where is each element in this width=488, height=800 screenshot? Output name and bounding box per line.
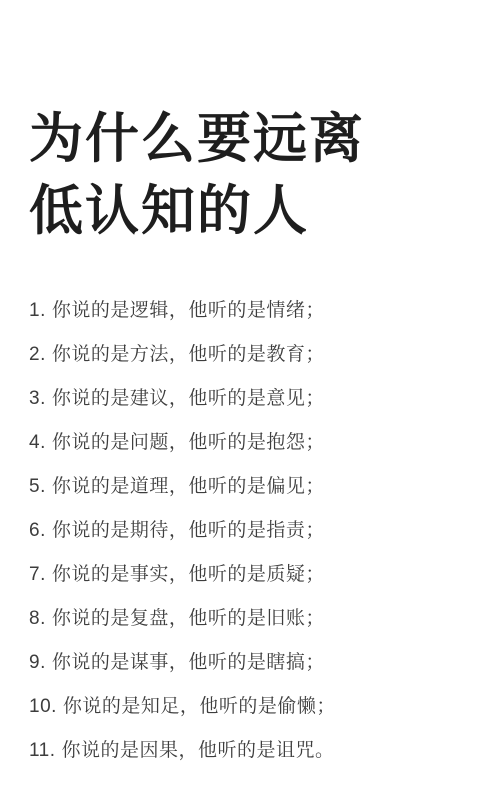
list-item-text: 你说的是知足，他听的是偷懒； (63, 696, 336, 717)
list-item-text: 你说的是道理，他听的是偏见； (52, 476, 325, 497)
quote-list: 1.你说的是逻辑，他听的是情绪； 2.你说的是方法，他听的是教育； 3.你说的是… (29, 300, 468, 762)
list-item-text: 你说的是问题，他听的是抱怨； (52, 432, 325, 453)
list-item: 9.你说的是谋事，他听的是瞎搞； (29, 652, 468, 674)
list-item-number: 10. (29, 696, 57, 718)
list-item-number: 1. (29, 300, 46, 322)
list-item: 1.你说的是逻辑，他听的是情绪； (29, 300, 468, 322)
list-item: 5.你说的是道理，他听的是偏见； (29, 476, 468, 498)
list-item-text: 你说的是期待，他听的是指责； (52, 520, 325, 541)
page-title: 为什么要远离 低认知的人 (29, 103, 468, 247)
list-item-number: 5. (29, 476, 46, 498)
page-title-line-1: 为什么要远离 (29, 103, 468, 175)
list-item-text: 你说的是事实，他听的是质疑； (52, 564, 325, 585)
list-item-number: 7. (29, 564, 46, 586)
list-item-text: 你说的是复盘，他听的是旧账； (52, 608, 325, 629)
list-item: 6.你说的是期待，他听的是指责； (29, 520, 468, 542)
poster-page: 为什么要远离 低认知的人 1.你说的是逻辑，他听的是情绪； 2.你说的是方法，他… (0, 0, 488, 800)
list-item-text: 你说的是方法，他听的是教育； (52, 344, 325, 365)
list-item-number: 3. (29, 388, 46, 410)
list-item: 10.你说的是知足，他听的是偷懒； (29, 696, 468, 718)
list-item-text: 你说的是因果，他听的是诅咒。 (62, 740, 335, 761)
list-item-number: 8. (29, 608, 46, 630)
list-item: 11.你说的是因果，他听的是诅咒。 (29, 740, 468, 762)
list-item-text: 你说的是谋事，他听的是瞎搞； (52, 652, 325, 673)
list-item-text: 你说的是逻辑，他听的是情绪； (52, 300, 325, 321)
list-item: 8.你说的是复盘，他听的是旧账； (29, 608, 468, 630)
list-item-number: 9. (29, 652, 46, 674)
list-item-text: 你说的是建议，他听的是意见； (52, 388, 325, 409)
list-item-number: 4. (29, 432, 46, 454)
list-item-number: 2. (29, 344, 46, 366)
list-item: 2.你说的是方法，他听的是教育； (29, 344, 468, 366)
list-item: 3.你说的是建议，他听的是意见； (29, 388, 468, 410)
page-title-line-2: 低认知的人 (29, 175, 468, 247)
list-item-number: 11. (29, 740, 56, 762)
list-item: 7.你说的是事实，他听的是质疑； (29, 564, 468, 586)
list-item-number: 6. (29, 520, 46, 542)
list-item: 4.你说的是问题，他听的是抱怨； (29, 432, 468, 454)
